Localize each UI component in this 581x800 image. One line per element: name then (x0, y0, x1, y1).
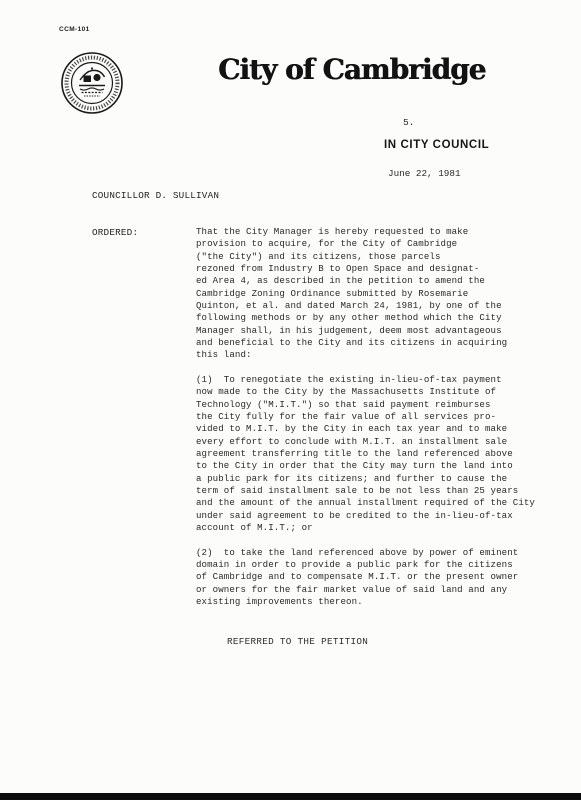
scan-edge-bar (0, 793, 581, 800)
form-number: CCM-101 (59, 26, 90, 33)
in-city-council-heading: IN CITY COUNCIL (384, 139, 489, 151)
ordered-label: ORDERED: (92, 227, 138, 238)
sponsor-councillor: COUNCILLOR D. SULLIVAN (92, 190, 219, 201)
seal-text-ring (67, 58, 118, 109)
city-seal-icon (60, 50, 124, 116)
order-body: That the City Manager is hereby requeste… (196, 226, 526, 621)
seal-center-art (79, 67, 105, 96)
order-intro-paragraph: That the City Manager is hereby requeste… (196, 226, 526, 362)
letterhead-title: City of Cambridge (218, 54, 448, 86)
disposition-line: REFERRED TO THE PETITION (227, 636, 368, 647)
document-date: June 22, 1981 (388, 168, 461, 179)
council-order-document: CCM-101 City of Cambridge 5. IN CITY COU… (0, 0, 581, 800)
agenda-item-number: 5. (403, 117, 414, 128)
order-clause-2: (2) to take the land referenced above by… (196, 547, 526, 609)
order-clause-1: (1) To renegotiate the existing in-lieu-… (196, 374, 526, 534)
